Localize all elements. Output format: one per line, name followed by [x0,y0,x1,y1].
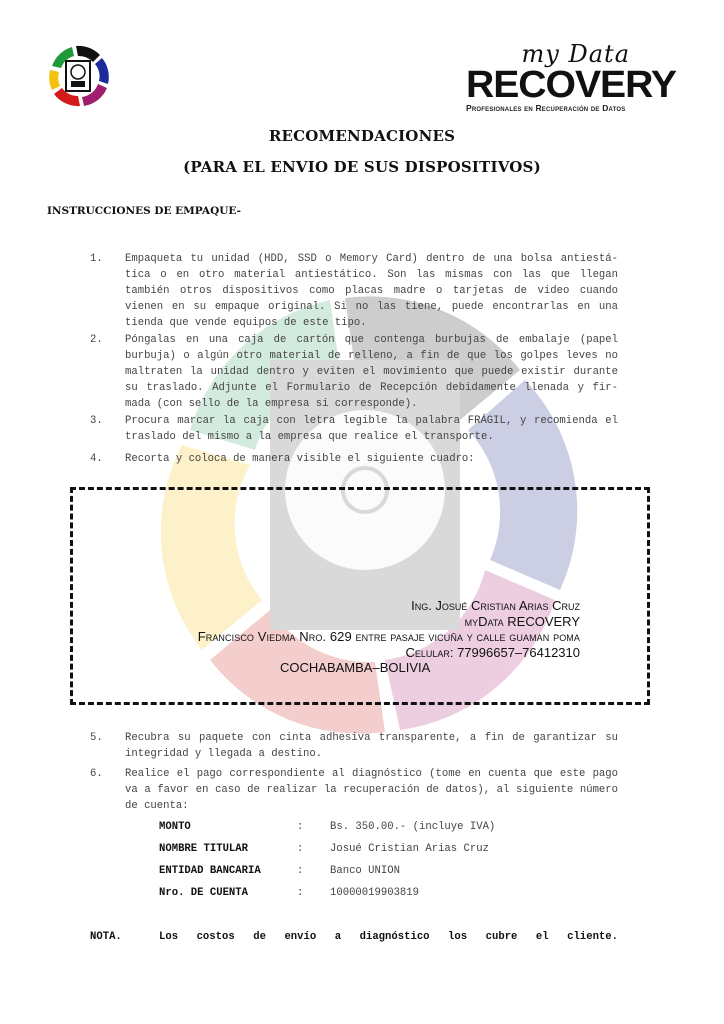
brand-recovery: RECOVERY [466,64,676,107]
recipient-phone: Celular: 77996657–76412310 [198,645,580,661]
note-label: NOTA. [90,931,159,943]
item-text: Póngalas en una caja de cartón que conte… [125,333,618,413]
item-number: 6. [90,767,103,783]
payment-colon: : [297,821,303,833]
payment-label: MONTO [159,821,289,833]
item-number: 5. [90,731,103,747]
item-text: Realice el pago correspondiente al diagn… [125,767,618,815]
note: NOTA. Los costos de envío a diagnóstico … [90,931,618,943]
brand-tagline: Profesionales en Recuperación de Datos [466,103,625,113]
section-heading: INSTRUCCIONES DE EMPAQUE- [47,205,241,217]
item-number: 4. [90,452,103,468]
recipient-city: COCHABAMBA–BOLIVIA [280,660,430,675]
note-text: Los costos de envío a diagnóstico los cu… [159,931,618,943]
page-subtitle: (PARA EL ENVIO DE SUS DISPOSITIVOS) [0,158,724,176]
item-text: Recorta y coloca de manera visible el si… [125,452,618,468]
brand-logo: my Data RECOVERY Profesionales en Recupe… [458,40,688,115]
payment-label: Nro. DE CUENTA [159,887,289,899]
item-text: Empaqueta tu unidad (HDD, SSD o Memory C… [125,252,618,332]
payment-colon: : [297,887,303,899]
item-number: 3. [90,414,103,430]
payment-label: ENTIDAD BANCARIA [159,865,289,877]
page-title: RECOMENDACIONES [0,127,724,145]
recipient-name: Ing. Josué Cristian Arias Cruz [198,598,580,614]
recipient-address: Francisco Viedma Nro. 629 entre pasaje v… [198,629,580,645]
payment-value: Banco UNION [330,865,400,877]
recipient-company: myData RECOVERY [198,614,580,630]
shipping-label-cutout: Ing. Josué Cristian Arias Cruz myData RE… [70,487,650,705]
item-number: 2. [90,333,103,349]
payment-value: 10000019903819 [330,887,419,899]
payment-colon: : [297,865,303,877]
item-text: Procura marcar la caja con letra legible… [125,414,618,446]
company-logo-icon [44,42,112,110]
payment-label: NOMBRE TITULAR [159,843,289,855]
shipping-address-block: Ing. Josué Cristian Arias Cruz myData RE… [198,598,580,660]
item-number: 1. [90,252,103,268]
item-text: Recubra su paquete con cinta adhesiva tr… [125,731,618,763]
payment-colon: : [297,843,303,855]
payment-value: Josué Cristian Arias Cruz [330,843,489,855]
payment-value: Bs. 350.00.- (incluye IVA) [330,821,495,833]
